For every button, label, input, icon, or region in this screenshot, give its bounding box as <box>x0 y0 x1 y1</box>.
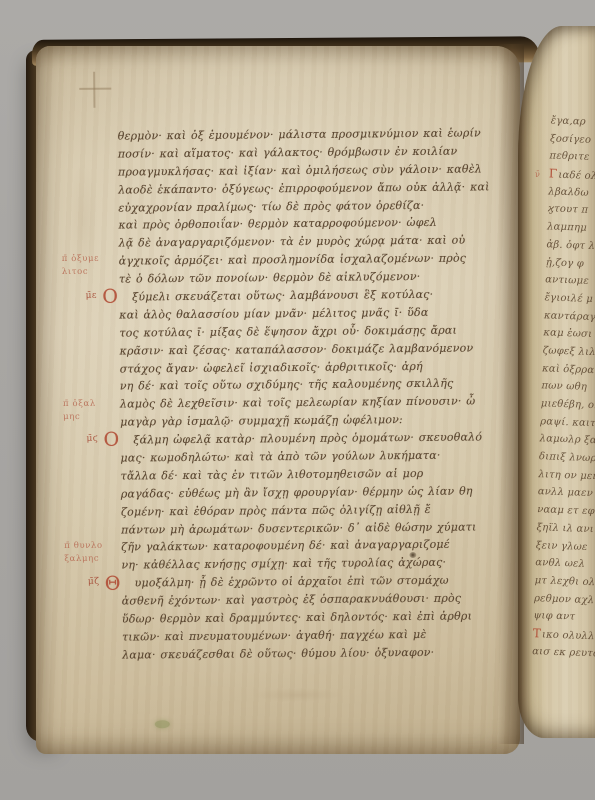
recto-line-fragment: ϗτουτ π <box>547 201 594 220</box>
recto-line-fragment: ξηϊλ ιλ ανι <box>536 519 583 538</box>
recto-line-fragment: ψιφ αντ <box>533 607 580 626</box>
recto-line-fragment: ζωφεξ λιλ <box>542 342 589 361</box>
margin-chapter-title-thymoxalme: π̄ θυνλο ξαλμηc <box>64 540 118 566</box>
recto-line-fragment: Τικο ολυλλο <box>533 625 580 644</box>
recto-line-fragment: λβαλδω <box>548 183 595 202</box>
rubric-initial-theta: Θ <box>103 573 123 593</box>
margin-title-line: π̄ θυνλο <box>64 540 118 553</box>
chapter-number-45: μ̄ε <box>75 290 97 302</box>
recto-line-fragment: ἔγα,αρ <box>550 112 595 131</box>
margin-title-line: π̄ ὀξυμε <box>62 253 116 266</box>
ink-blot <box>409 552 416 558</box>
manuscript-line: λαμὸς δὲ λεχθεῖσιν· καὶ τοῖς μελεωρίαν κ… <box>120 393 478 414</box>
red-initial: Γ <box>549 166 559 180</box>
margin-chapter-title-oxalme: π̄ ὀξαλ μηc <box>63 398 117 424</box>
recto-line-fragment: μιεθέβη, ον <box>541 395 588 414</box>
recto-line-fragment: καντάραγ <box>544 307 591 326</box>
recto-line-fragment: λαμωλρ ξαν <box>539 431 586 450</box>
rubric-initial-omicron: Ο <box>100 287 120 307</box>
recto-line-fragment: διπιξ λνωρ <box>539 448 586 467</box>
recto-line-fragment: ανλλ μαεν θ <box>537 484 584 503</box>
recto-line-fragment: πων ωθη <box>541 378 588 397</box>
manuscript-line: κρᾶσιν· καὶ ζέσας· καταπάλασσον· δοκιμάζ… <box>119 339 477 360</box>
red-initial: Τ <box>533 626 543 640</box>
rubric-initial-omicron: Ο <box>101 430 121 450</box>
chapter-number-47: μ̄ζ <box>78 576 100 588</box>
recto-line-fragment: ρεθμον αχλ <box>534 590 581 609</box>
recto-line-fragment: ξοσίγεο <box>550 130 595 149</box>
recto-line-fragment: λιτη ον μεν <box>538 466 585 485</box>
ruling-cross-mark <box>93 72 95 108</box>
recto-line-fragment: ραψί. καιτ <box>540 413 587 432</box>
manuscript-line: λαμα· σκευάζεσθαι δὲ οὕτως· θύμου λίου· … <box>122 643 480 664</box>
margin-title-line: λιτοc <box>62 266 116 279</box>
recto-line-fragment: μτ λεχθι ολ <box>534 572 581 591</box>
manuscript-line: μας· κωμοδηλώτω· καὶ τὰ ἀπὸ τῶν γούλων λ… <box>120 446 478 467</box>
recto-margin-number: ν̄ <box>535 170 540 179</box>
recto-line-fragment: νααμ ετ εφ <box>537 501 584 520</box>
recto-line-fragment: Γιαδέ ολι <box>549 165 595 184</box>
recto-line-fragment: καὶ ὀξρρα <box>542 360 589 379</box>
recto-line-fragment: ᾐ,ζογ φ <box>545 254 592 273</box>
recto-line-fragment: ἔγιοιλέ μ <box>544 289 591 308</box>
chapter-number-46: μ̄ϛ <box>76 433 98 445</box>
recto-line-fragment: καμ ἑωσι <box>543 325 590 344</box>
recto-line-fragment: αισ εκ ρευταγ <box>532 643 579 662</box>
main-text-block: θερμὸν· καὶ ὀξ ἐμουμένον· μάλιστα προσμι… <box>118 124 481 669</box>
recto-line-fragment: πεθριτε <box>549 148 595 167</box>
recto-line-fragment: αντιωμε <box>545 271 592 290</box>
recto-line-fragment: ξειν γλωε <box>536 537 583 556</box>
green-stain <box>155 720 170 728</box>
manuscript-photo: θερμὸν· καὶ ὀξ ἐμουμένον· μάλιστα προσμι… <box>0 0 595 800</box>
recto-line-fragment: λαμπημ <box>547 218 594 237</box>
margin-chapter-title-oxymeli: π̄ ὀξυμε λιτοc <box>62 253 116 279</box>
margin-title-line: ξαλμηc <box>64 553 118 566</box>
ruling-cross-mark <box>79 88 111 90</box>
margin-title-line: π̄ ὀξαλ <box>63 398 117 411</box>
parchment-smudge <box>253 688 343 703</box>
recto-line-fragment: ἀβ. ὀφτ λ <box>546 236 593 255</box>
margin-title-line: μηc <box>63 411 117 424</box>
manuscript-line: ἀγχικοῖς ἁρμόζει· καὶ προσλημονίδα ἰσχαλ… <box>119 250 477 271</box>
recto-line-fragment: ανθλ ωελ <box>535 554 582 573</box>
